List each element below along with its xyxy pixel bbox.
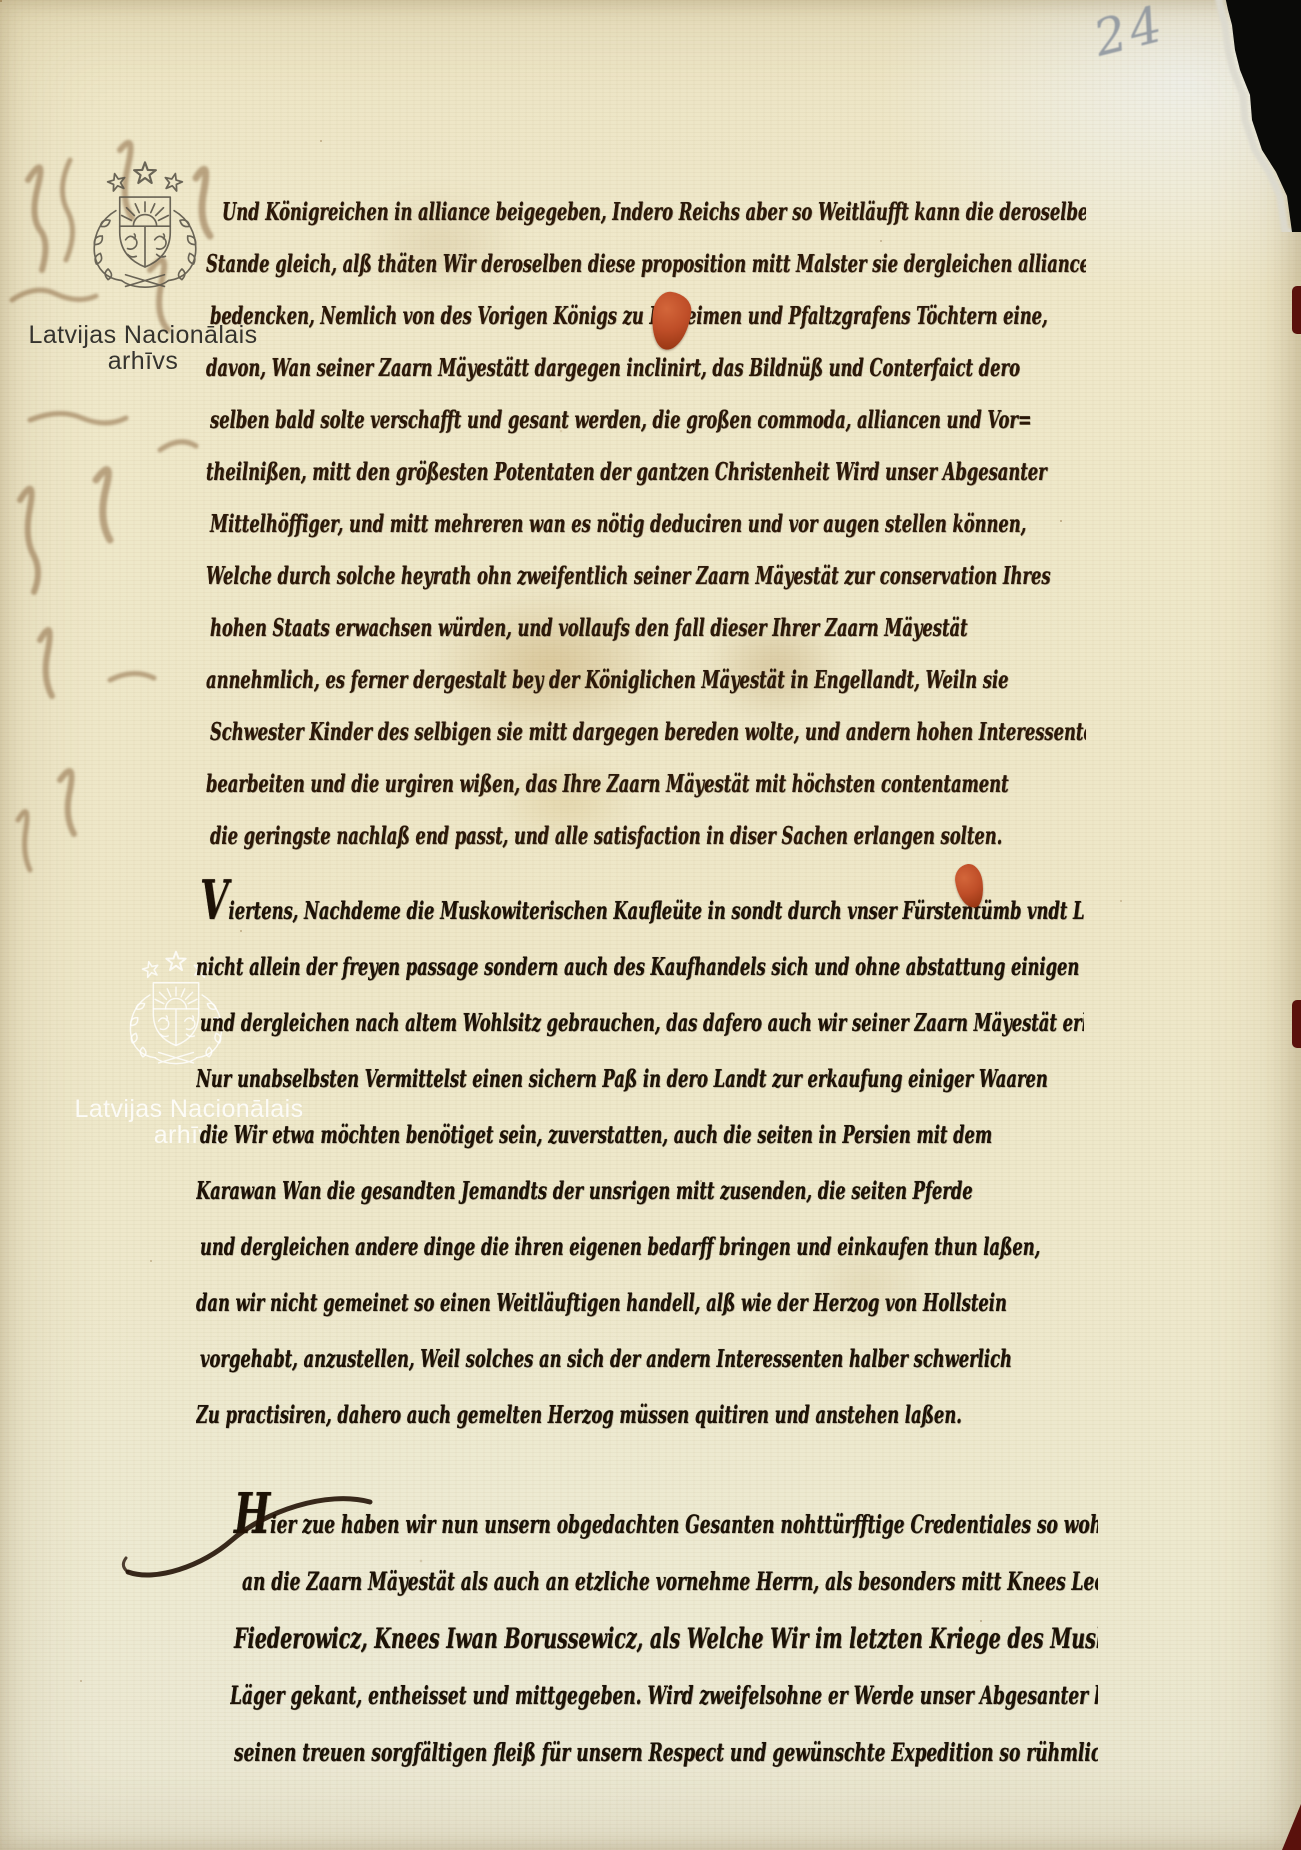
manuscript-line: hohen Staats erwachsen würden, und volla… <box>210 602 1080 654</box>
manuscript-line: Zu practisiren, dahero auch gemelten Her… <box>196 1387 1066 1443</box>
manuscript-line: Nur unabselbsten Vermittelst einen siche… <box>196 1051 1066 1107</box>
manuscript-line: nicht allein der freyen passage sondern … <box>196 939 1066 995</box>
manuscript-line: Hier zue haben wir nun unsern obgedachte… <box>234 1486 1098 1553</box>
manuscript-line: theilnißen, mitt den größesten Potentate… <box>206 446 1076 498</box>
manuscript-line: Schwester Kinder des selbigen sie mitt d… <box>210 706 1080 758</box>
manuscript-line: bearbeiten und die urgiren wißen, das Ih… <box>206 758 1076 810</box>
paragraph-credentiales: Hier zue haben wir nun unsern obgedachte… <box>230 1486 1098 1781</box>
manuscript-line: Karawan Wan die gesandten Jemandts der u… <box>196 1163 1066 1219</box>
manuscript-line: und dergleichen andere dinge die ihren e… <box>200 1219 1070 1275</box>
manuscript-line: bedencken, Nemlich von des Vorigen König… <box>210 290 1080 342</box>
manuscript-scan: Latvijas Nacionālais arhīvs Latvijas Nac… <box>0 0 1301 1850</box>
manuscript-line: vorgehabt, anzustellen, Weil solches an … <box>200 1331 1070 1387</box>
manuscript-line: Mittelhöffiger, und mitt mehreren wan es… <box>210 498 1080 550</box>
manuscript-line: die Wir etwa möchten benötiget sein, zuv… <box>200 1107 1070 1163</box>
mat-edge-mark <box>1292 286 1301 334</box>
manuscript-line: Läger gekant, entheisset und mittgegeben… <box>230 1667 1098 1724</box>
torn-corner <box>1121 0 1301 232</box>
manuscript-line: an die Zaarn Mäyestät als auch an etzlic… <box>242 1553 1098 1610</box>
paper-specks <box>0 0 2 2</box>
latvia-coat-of-arms-icon <box>77 160 213 306</box>
manuscript-line: seinen treuen sorgfältigen fleiß für uns… <box>234 1724 1098 1781</box>
mat-edge-mark <box>1292 1000 1301 1048</box>
manuscript-line: dan wir nicht gemeinet so einen Weitläuf… <box>196 1275 1066 1331</box>
manuscript-line: Fiederowicz, Knees Iwan Borussewicz, als… <box>234 1610 1098 1667</box>
manuscript-line: Viertens, Nachdeme die Muskowiterischen … <box>200 872 1070 939</box>
manuscript-line: selben bald solte verschafft und gesant … <box>210 394 1080 446</box>
manuscript-line: annehmlich, es ferner dergestalt bey der… <box>206 654 1076 706</box>
pencil-page-number: 24 <box>1088 0 1172 68</box>
manuscript-line: Stande gleich, alß thäten Wir deroselben… <box>206 238 1076 290</box>
manuscript-line: davon, Wan seiner Zaarn Mäyestätt dargeg… <box>206 342 1076 394</box>
manuscript-line: Und Königreichen in alliance beigegeben,… <box>222 186 1086 238</box>
paragraph-alliance: Und Königreichen in alliance beigegeben,… <box>206 186 1086 862</box>
manuscript-line: Welche durch solche heyrath ohn zweifent… <box>206 550 1076 602</box>
paragraph-viertens: Viertens, Nachdeme die Muskowiterischen … <box>196 872 1084 1443</box>
manuscript-line: und dergleichen nach altem Wohlsitz gebr… <box>200 995 1070 1051</box>
manuscript-line: die geringste nachlaß end passt, und all… <box>210 810 1080 862</box>
mat-edge-mark <box>1281 1804 1301 1850</box>
